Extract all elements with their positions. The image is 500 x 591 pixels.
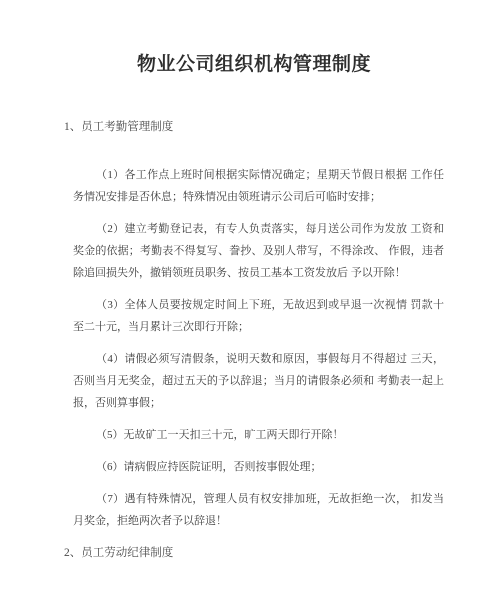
paragraph: （5）无故矿工一天扣三十元，旷工两天即行开除！ <box>73 424 444 446</box>
paragraph: （3）全体人员要按规定时间上下班，无故迟到或早退一次视情 罚款十至二十元，当月累… <box>73 294 444 338</box>
paragraph: （6）请病假应持医院证明，否则按事假处理； <box>73 456 444 478</box>
document-body: 1、员工考勤管理制度（1）各工作点上班时间根据实际情况确定；星期天节假日根据 工… <box>64 116 444 564</box>
section-heading-2: 2、员工劳动纪律制度 <box>64 542 444 564</box>
document-page: 物业公司组织机构管理制度 1、员工考勤管理制度（1）各工作点上班时间根据实际情况… <box>0 0 500 591</box>
paragraph: （1）各工作点上班时间根据实际情况确定；星期天节假日根据 工作任务情况安排是否休… <box>73 164 444 208</box>
document-title: 物业公司组织机构管理制度 <box>64 52 444 78</box>
section-heading-1: 1、员工考勤管理制度 <box>64 116 444 138</box>
paragraph: （7）遇有特殊情况，管理人员有权安排加班，无故拒绝一次， 扣发当月奖金，拒绝两次… <box>73 488 444 532</box>
paragraph: （4）请假必须写清假条，说明天数和原因，事假每月不得超过 三天，否则当月无奖金，… <box>73 348 444 414</box>
paragraph: （2）建立考勤登记表，有专人负责落实，每月送公司作为发放 工资和奖金的依据；考勤… <box>73 218 444 284</box>
